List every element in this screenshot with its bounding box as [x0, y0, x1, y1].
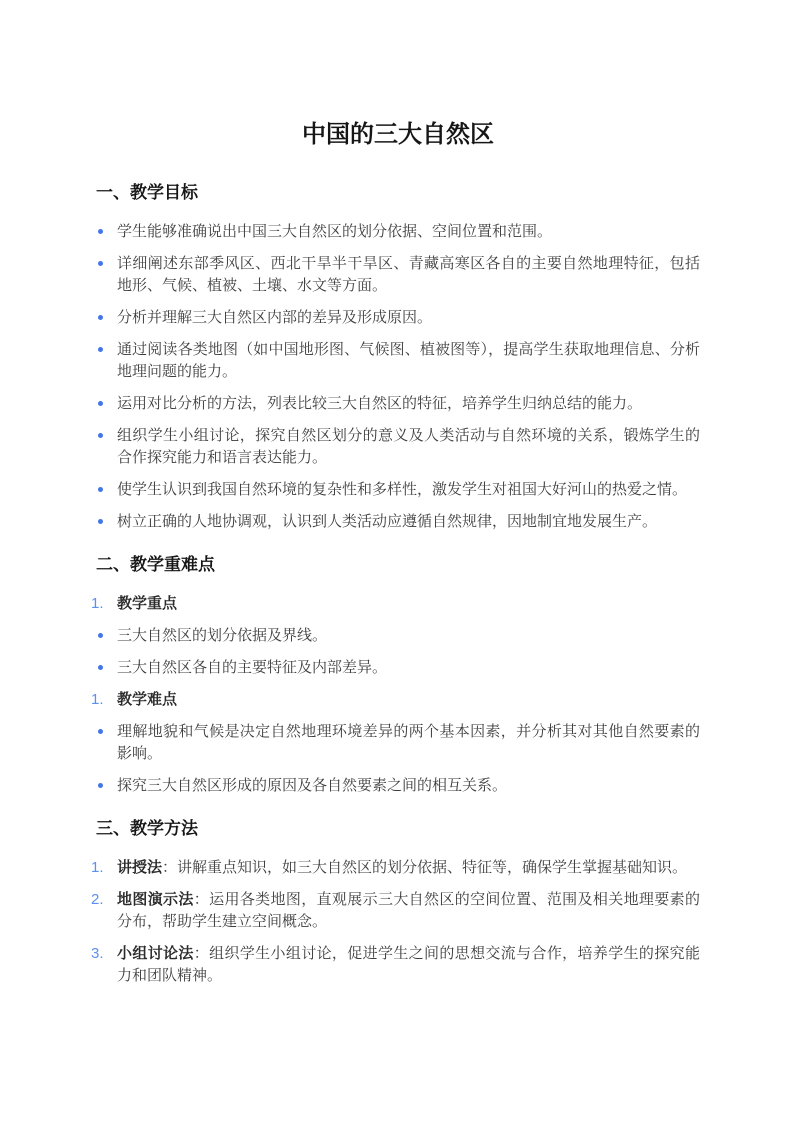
list-item-text: 三大自然区各自的主要特征及内部差异。	[117, 659, 387, 676]
item-label: 地图演示法	[117, 891, 194, 908]
item-number: 3.	[91, 943, 104, 965]
bullet-icon	[98, 487, 103, 492]
document-page: 中国的三大自然区 一、教学目标 学生能够准确说出中国三大自然区的划分依据、空间位…	[0, 0, 794, 1123]
section-heading: 三、教学方法	[96, 817, 700, 841]
item-number: 1.	[91, 689, 104, 711]
list-item: 通过阅读各类地图（如中国地形图、气候图、植被图等），提高学生获取地理信息、分析地…	[96, 339, 700, 383]
bullet-icon	[98, 229, 103, 234]
list-item: 理解地貌和气候是决定自然地理环境差异的两个基本因素，并分析其对其他自然要素的影响…	[96, 721, 700, 765]
list-item-text: 运用对比分析的方法，列表比较三大自然区的特征，培养学生归纳总结的能力。	[117, 395, 642, 412]
bullet-icon	[98, 783, 103, 788]
list-item: 三大自然区各自的主要特征及内部差异。	[96, 657, 700, 679]
page-title: 中国的三大自然区	[96, 122, 700, 148]
item-text: ：组织学生小组讨论，促进学生之间的思想交流与合作，培养学生的探究能力和团队精神。	[117, 945, 700, 984]
numbered-item: 1. 教学重点	[96, 593, 700, 615]
bullet-icon	[98, 315, 103, 320]
item-number: 1.	[91, 593, 104, 615]
list-item: 三大自然区的划分依据及界线。	[96, 625, 700, 647]
list-item: 树立正确的人地协调观，认识到人类活动应遵循自然规律，因地制宜地发展生产。	[96, 511, 700, 533]
item-text: ：运用各类地图，直观展示三大自然区的空间位置、范围及相关地理要素的分布，帮助学生…	[117, 891, 700, 930]
numbered-item: 1. 教学难点	[96, 689, 700, 711]
section-key-difficult-points: 二、教学重难点 1. 教学重点 三大自然区的划分依据及界线。 三大自然区各自的主…	[96, 553, 700, 797]
section-heading: 一、教学目标	[96, 181, 700, 205]
bullet-icon	[98, 633, 103, 638]
bullet-icon	[98, 433, 103, 438]
bullet-icon	[98, 519, 103, 524]
item-label: 教学难点	[117, 691, 177, 708]
list-item: 学生能够准确说出中国三大自然区的划分依据、空间位置和范围。	[96, 221, 700, 243]
mixed-list: 1. 教学重点 三大自然区的划分依据及界线。 三大自然区各自的主要特征及内部差异…	[96, 593, 700, 797]
bullet-icon	[98, 665, 103, 670]
list-item: 组织学生小组讨论，探究自然区划分的意义及人类活动与自然环境的关系，锻炼学生的合作…	[96, 425, 700, 469]
numbered-item: 3. 小组讨论法：组织学生小组讨论，促进学生之间的思想交流与合作，培养学生的探究…	[96, 943, 700, 987]
bullet-icon	[98, 261, 103, 266]
item-text: ：讲解重点知识，如三大自然区的划分依据、特征等，确保学生掌握基础知识。	[162, 859, 687, 876]
item-label: 小组讨论法	[117, 945, 194, 962]
list-item-text: 使学生认识到我国自然环境的复杂性和多样性，激发学生对祖国大好河山的热爱之情。	[117, 481, 687, 498]
item-number: 2.	[91, 889, 104, 911]
list-item-text: 通过阅读各类地图（如中国地形图、气候图、植被图等），提高学生获取地理信息、分析地…	[117, 341, 700, 380]
numbered-list: 1. 讲授法：讲解重点知识，如三大自然区的划分依据、特征等，确保学生掌握基础知识…	[96, 857, 700, 987]
list-item: 使学生认识到我国自然环境的复杂性和多样性，激发学生对祖国大好河山的热爱之情。	[96, 479, 700, 501]
section-heading: 二、教学重难点	[96, 553, 700, 577]
list-item: 探究三大自然区形成的原因及各自然要素之间的相互关系。	[96, 775, 700, 797]
item-number: 1.	[91, 857, 104, 879]
list-item-text: 学生能够准确说出中国三大自然区的划分依据、空间位置和范围。	[117, 223, 552, 240]
bullet-icon	[98, 729, 103, 734]
list-item-text: 组织学生小组讨论，探究自然区划分的意义及人类活动与自然环境的关系，锻炼学生的合作…	[117, 427, 700, 466]
list-item-text: 树立正确的人地协调观，认识到人类活动应遵循自然规律，因地制宜地发展生产。	[117, 513, 657, 530]
list-item-text: 理解地貌和气候是决定自然地理环境差异的两个基本因素，并分析其对其他自然要素的影响…	[117, 723, 700, 762]
bullet-list: 学生能够准确说出中国三大自然区的划分依据、空间位置和范围。 详细阐述东部季风区、…	[96, 221, 700, 533]
numbered-item: 2. 地图演示法：运用各类地图，直观展示三大自然区的空间位置、范围及相关地理要素…	[96, 889, 700, 933]
list-item-text: 详细阐述东部季风区、西北干旱半干旱区、青藏高寒区各自的主要自然地理特征，包括地形…	[117, 255, 700, 294]
item-label: 教学重点	[117, 595, 177, 612]
list-item-text: 探究三大自然区形成的原因及各自然要素之间的相互关系。	[117, 777, 507, 794]
bullet-icon	[98, 401, 103, 406]
section-teaching-methods: 三、教学方法 1. 讲授法：讲解重点知识，如三大自然区的划分依据、特征等，确保学…	[96, 817, 700, 987]
list-item: 详细阐述东部季风区、西北干旱半干旱区、青藏高寒区各自的主要自然地理特征，包括地形…	[96, 253, 700, 297]
bullet-icon	[98, 347, 103, 352]
list-item-text: 分析并理解三大自然区内部的差异及形成原因。	[117, 309, 432, 326]
list-item-text: 三大自然区的划分依据及界线。	[117, 627, 327, 644]
item-label: 讲授法	[117, 859, 162, 876]
list-item: 分析并理解三大自然区内部的差异及形成原因。	[96, 307, 700, 329]
section-teaching-goals: 一、教学目标 学生能够准确说出中国三大自然区的划分依据、空间位置和范围。 详细阐…	[96, 181, 700, 533]
list-item: 运用对比分析的方法，列表比较三大自然区的特征，培养学生归纳总结的能力。	[96, 393, 700, 415]
numbered-item: 1. 讲授法：讲解重点知识，如三大自然区的划分依据、特征等，确保学生掌握基础知识…	[96, 857, 700, 879]
